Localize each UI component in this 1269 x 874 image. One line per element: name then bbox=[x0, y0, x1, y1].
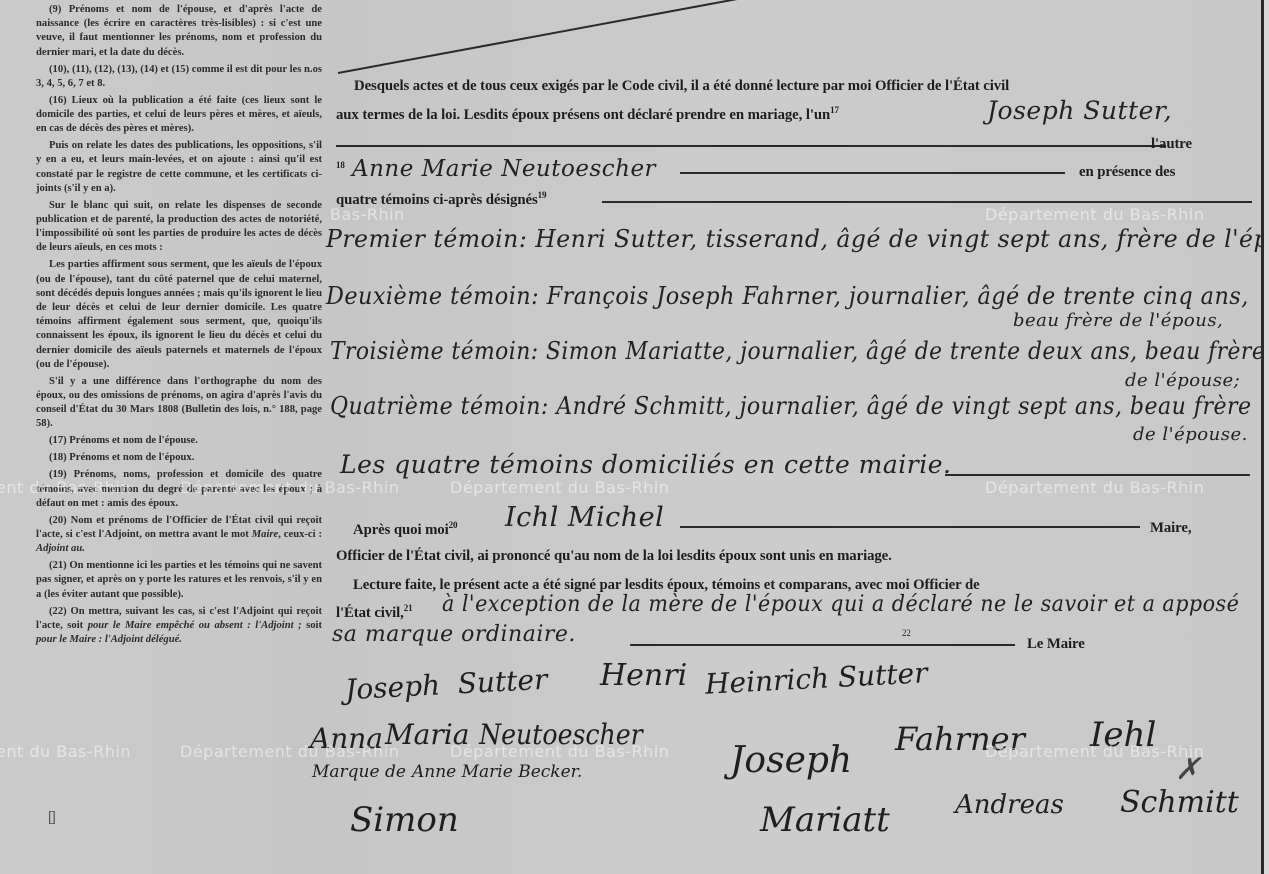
sup-18: 18 bbox=[336, 160, 345, 179]
watermark: Département du Bas-Rhin bbox=[985, 205, 1204, 224]
note-16-dispenses: Sur le blanc qui suit, on relate les dis… bbox=[36, 199, 322, 256]
exception-handwritten: à l'exception de la mère de l'époux qui … bbox=[442, 592, 1239, 617]
maire-label: Maire, bbox=[1150, 520, 1191, 537]
signature-anne-marie-becker: Anne Marie Becker. bbox=[412, 762, 582, 782]
signature-mariatt: Mariatt bbox=[760, 800, 890, 840]
watermark: Département du Bas-Rhin bbox=[450, 478, 669, 497]
fill-line bbox=[602, 201, 1252, 203]
signature-henri: Henri bbox=[600, 658, 687, 693]
note-10-15: (10), (11), (12), (13), (14) et (15) com… bbox=[36, 63, 322, 91]
document-page: (9) Prénoms et nom de l'épouse, et d'apr… bbox=[0, 0, 1269, 874]
note-16-orthographe: S'il y a une différence dans l'orthograp… bbox=[36, 375, 322, 432]
watermark: Bas-Rhin bbox=[330, 205, 405, 224]
note-16-publications: Puis on relate les dates des publication… bbox=[36, 139, 322, 196]
signature-joseph-sutter: Joseph Sutter bbox=[344, 663, 548, 707]
presence-label: en présence des bbox=[1079, 164, 1175, 181]
signature-marque-de: Marque de bbox=[312, 762, 406, 782]
fill-line bbox=[680, 172, 1065, 174]
witness-3-relation: de l'épouse; bbox=[1125, 370, 1240, 391]
signature-simon: Simon bbox=[350, 800, 459, 840]
watermark: ent du Bas-Rhin bbox=[0, 478, 131, 497]
watermark: Département du Bas-Rhin bbox=[180, 478, 399, 497]
mayor-name-handwritten: Ichl Michel bbox=[505, 502, 664, 533]
margin-bracket-mark: [] bbox=[48, 808, 56, 824]
note-16: (16) Lieux où la publication a été faite… bbox=[36, 94, 322, 137]
watermark: Département du Bas-Rhin bbox=[180, 742, 399, 761]
witness-2-relation: beau frère de l'épous, bbox=[1013, 310, 1223, 331]
watermark: Département du Bas-Rhin bbox=[985, 478, 1204, 497]
apres-quoi-label: Après quoi moi20 bbox=[353, 520, 457, 539]
body-line-1: Desquels actes et de tous ceux exigés pa… bbox=[354, 78, 1009, 95]
margin-notes: (9) Prénoms et nom de l'épouse, et d'apr… bbox=[36, 0, 322, 650]
fill-line bbox=[336, 145, 1166, 147]
etat-civil-label: l'État civil,21 bbox=[336, 603, 413, 622]
bride-name-handwritten: Anne Marie Neutoescher bbox=[352, 156, 656, 182]
witnesses-domicile: Les quatre témoins domiciliés en cette m… bbox=[340, 450, 951, 479]
watermark: Département du Bas-Rhin bbox=[985, 742, 1204, 761]
marque-handwritten: sa marque ordinaire. bbox=[332, 622, 576, 647]
page-edge bbox=[1264, 0, 1269, 874]
groom-name-handwritten: Joseph Sutter, bbox=[987, 96, 1172, 125]
note-17: (17) Prénoms et nom de l'épouse. bbox=[36, 434, 322, 448]
fill-line bbox=[945, 474, 1250, 476]
note-20: (20) Nom et prénoms de l'Officier de l'É… bbox=[36, 514, 322, 557]
note-21: (21) On mentionne ici les parties et les… bbox=[36, 559, 322, 602]
note-16-serment: Les parties affirment sous serment, que … bbox=[36, 258, 322, 372]
signature-heinrich-sutter: Heinrich Sutter bbox=[704, 656, 928, 701]
witness-2: Deuxième témoin: François Joseph Fahrner… bbox=[326, 282, 1249, 310]
witness-3: Troisième témoin: Simon Mariatte, journa… bbox=[330, 337, 1265, 365]
note-18: (18) Prénoms et nom de l'époux. bbox=[36, 451, 322, 465]
fill-line bbox=[680, 526, 1140, 528]
witness-1: Premier témoin: Henri Sutter, tisserand,… bbox=[326, 225, 1269, 253]
fill-line bbox=[630, 644, 1015, 646]
signature-schmitt: Schmitt bbox=[1120, 785, 1239, 820]
le-maire-label: Le Maire bbox=[1027, 636, 1085, 653]
strike-through-line bbox=[338, 0, 771, 74]
witness-4-relation: de l'épouse. bbox=[1133, 424, 1248, 445]
note-22: (22) On mettra, suivant les cas, si c'es… bbox=[36, 605, 322, 648]
autre-label: l'autre bbox=[1151, 136, 1192, 153]
note-9: (9) Prénoms et nom de l'épouse, et d'apr… bbox=[36, 3, 322, 60]
watermark: Département du Bas-Rhin bbox=[450, 742, 669, 761]
signature-joseph: Joseph bbox=[730, 740, 852, 781]
body-line-2: aux termes de la loi. Lesdits époux prés… bbox=[336, 105, 839, 124]
witness-4: Quatrième témoin: André Schmitt, journal… bbox=[330, 392, 1252, 420]
signature-andreas: Andreas bbox=[955, 790, 1064, 820]
watermark: ent du Bas-Rhin bbox=[0, 742, 131, 761]
officier-line: Officier de l'État civil, ai prononcé qu… bbox=[336, 548, 892, 565]
sup-22: 22 bbox=[902, 628, 911, 647]
